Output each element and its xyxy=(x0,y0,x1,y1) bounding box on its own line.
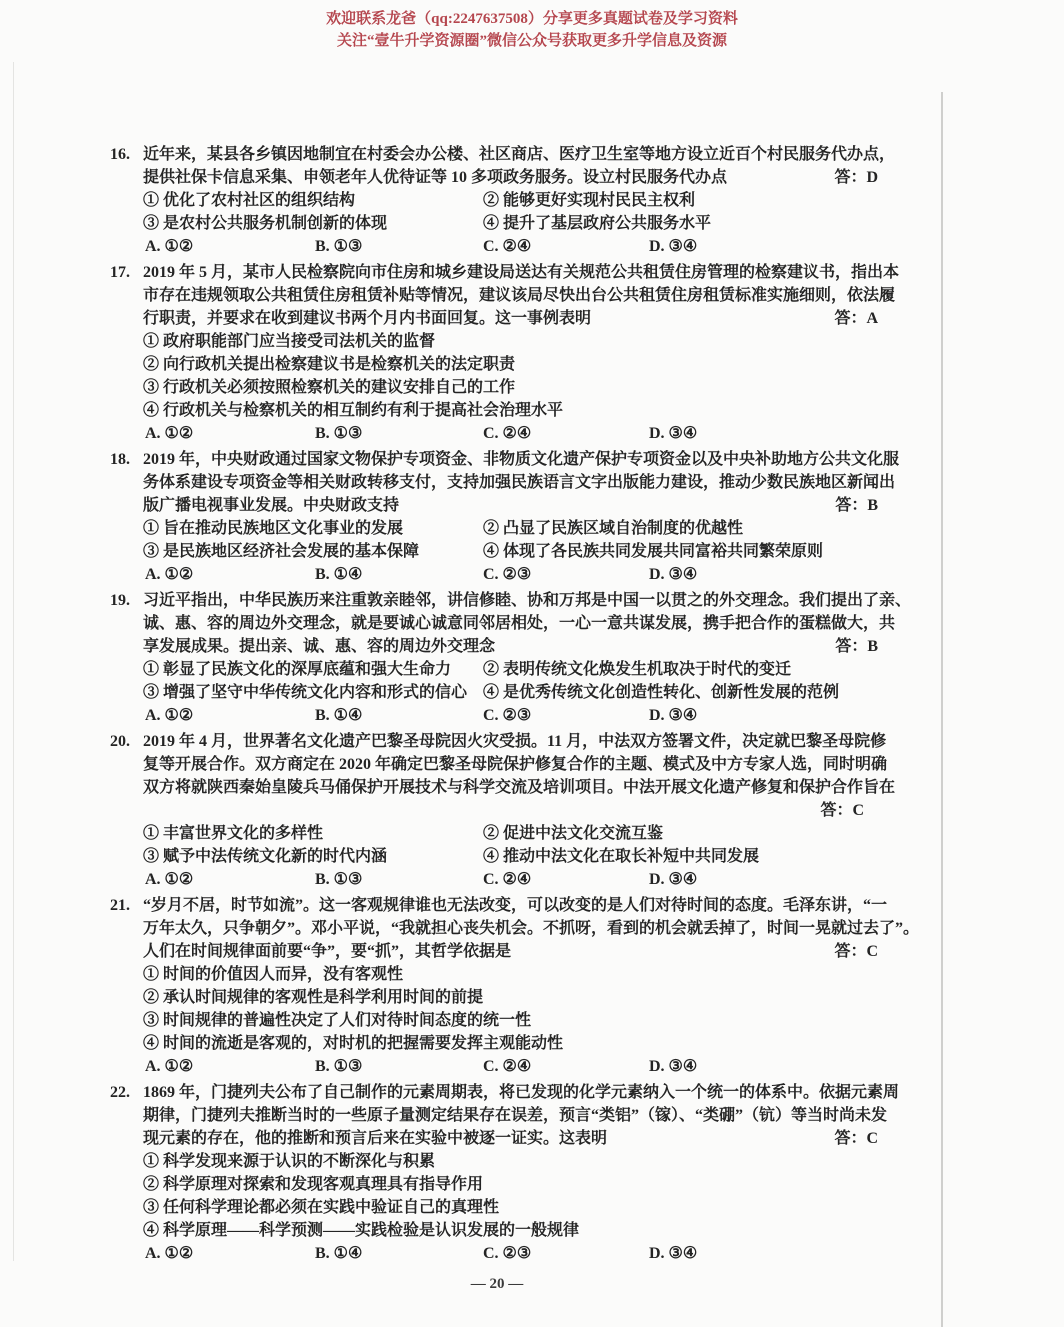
stem-line: 2019 年 5 月，某市人民检察院向市住房和城乡建设局送达有关规范公共租赁住房… xyxy=(143,261,892,284)
choice-row: A. ①②B. ①③C. ②④D. ③④ xyxy=(143,235,892,258)
option: ④ 科学原理——科学预测——实践检验是认识发展的一般规律 xyxy=(143,1219,892,1242)
stem-line: 提供社保卡信息采集、申领老年人优待证等 10 多项政务服务。设立村民服务代办点答… xyxy=(143,166,892,189)
question-number: 22. xyxy=(110,1081,130,1104)
page-right-edge-line xyxy=(941,92,943,1327)
question-number: 18. xyxy=(110,448,130,471)
option: ③ 行政机关必须按照检察机关的建议安排自己的工作 xyxy=(143,376,892,399)
stem-line: “岁月不居，时节如流”。这一客观规律谁也无法改变，可以改变的是人们对待时间的态度… xyxy=(143,894,892,917)
question-list: 16.近年来，某县各乡镇因地制宜在村委会办公楼、社区商店、医疗卫生室等地方设立近… xyxy=(110,143,900,1268)
choice: D. ③④ xyxy=(649,422,697,445)
stem-line: 2019 年，中央财政通过国家文物保护专项资金、非物质文化遗产保护专项资金以及中… xyxy=(143,448,892,471)
stem-line: 人们在时间规律面前要“争”，要“抓”，其哲学依据是答：C xyxy=(143,940,892,963)
question-body: 2019 年 4 月，世界著名文化遗产巴黎圣母院因火灾受损。11 月，中法双方签… xyxy=(143,730,892,891)
stem-line: 享发展成果。提出亲、诚、惠、容的周边外交理念答：B xyxy=(143,635,892,658)
option: ② 表明传统文化焕发生机取决于时代的变迁 xyxy=(483,658,791,681)
stem-text: 提供社保卡信息采集、申领老年人优待证等 10 多项政务服务。设立村民服务代办点 xyxy=(143,166,727,189)
choice: A. ①② xyxy=(145,235,315,258)
answer-label: 答：B xyxy=(835,635,878,658)
choice-row: A. ①②B. ①④C. ②③D. ③④ xyxy=(143,563,892,586)
question-body: “岁月不居，时节如流”。这一客观规律谁也无法改变，可以改变的是人们对待时间的态度… xyxy=(143,894,892,1078)
option: ③ 是农村公共服务机制创新的体现 xyxy=(143,212,483,235)
watermark-line2: 关注“壹牛升学资源圈”微信公众号获取更多升学信息及资源 xyxy=(0,30,1064,52)
answer-label: 答：B xyxy=(835,494,878,517)
question-body: 1869 年，门捷列夫公布了自己制作的元素周期表，将已发现的化学元素纳入一个统一… xyxy=(143,1081,892,1265)
question-number: 17. xyxy=(110,261,130,284)
question-body: 近年来，某县各乡镇因地制宜在村委会办公楼、社区商店、医疗卫生室等地方设立近百个村… xyxy=(143,143,892,258)
option-row: ③ 是民族地区经济社会发展的基本保障④ 体现了各民族共同发展共同富裕共同繁荣原则 xyxy=(143,540,892,563)
option-row: ③ 是农村公共服务机制创新的体现④ 提升了基层政府公共服务水平 xyxy=(143,212,892,235)
option: ④ 是优秀传统文化创造性转化、创新性发展的范例 xyxy=(483,681,839,704)
choice: B. ①④ xyxy=(315,563,483,586)
option: ④ 推动中法文化在取长补短中共同发展 xyxy=(483,845,759,868)
option: ④ 时间的流逝是客观的，对时机的把握需要发挥主观能动性 xyxy=(143,1032,892,1055)
choice-row: A. ①②B. ①④C. ②③D. ③④ xyxy=(143,1242,892,1265)
choice: D. ③④ xyxy=(649,704,697,727)
question-21: 21.“岁月不居，时节如流”。这一客观规律谁也无法改变，可以改变的是人们对待时间… xyxy=(110,894,892,1078)
choice: B. ①③ xyxy=(315,422,483,445)
option: ④ 体现了各民族共同发展共同富裕共同繁荣原则 xyxy=(483,540,823,563)
option: ② 促进中法文化交流互鉴 xyxy=(483,822,663,845)
stem-line: 诚、惠、容的周边外交理念，就是要诚心诚意同邻居相处，一心一意共谋发展，携手把合作… xyxy=(143,612,892,635)
option: ② 承认时间规律的客观性是科学利用时间的前提 xyxy=(143,986,892,1009)
answer-label: 答：D xyxy=(834,166,878,189)
question-19: 19.习近平指出，中华民族历来注重敦亲睦邻，讲信修睦、协和万邦是中国一以贯之的外… xyxy=(110,589,892,727)
choice: C. ②④ xyxy=(483,868,649,891)
option: ③ 任何科学理论都必须在实践中验证自己的真理性 xyxy=(143,1196,892,1219)
answer-label: 答：A xyxy=(834,307,878,330)
option-row: ③ 增强了坚守中华传统文化内容和形式的信心④ 是优秀传统文化创造性转化、创新性发… xyxy=(143,681,892,704)
option: ② 能够更好实现村民民主权利 xyxy=(483,189,695,212)
stem-text: 行职责，并要求在收到建议书两个月内书面回复。这一事例表明 xyxy=(143,307,591,330)
question-body: 习近平指出，中华民族历来注重敦亲睦邻，讲信修睦、协和万邦是中国一以贯之的外交理念… xyxy=(143,589,892,727)
choice: D. ③④ xyxy=(649,1242,697,1265)
question-number: 16. xyxy=(110,143,130,166)
stem-line: 现元素的存在，他的推断和预言后来在实验中被逐一证实。这表明答：C xyxy=(143,1127,892,1150)
choice: C. ②④ xyxy=(483,422,649,445)
option-row: ③ 赋予中法传统文化新的时代内涵④ 推动中法文化在取长补短中共同发展 xyxy=(143,845,892,868)
option-row: ① 丰富世界文化的多样性② 促进中法文化交流互鉴 xyxy=(143,822,892,845)
option: ② 凸显了民族区域自治制度的优越性 xyxy=(483,517,743,540)
option: ③ 增强了坚守中华传统文化内容和形式的信心 xyxy=(143,681,483,704)
choice: D. ③④ xyxy=(649,235,697,258)
choice: B. ①④ xyxy=(315,1242,483,1265)
answer-line: 答：C xyxy=(143,799,892,822)
stem-line: 期律，门捷列夫推断当时的一些原子量测定结果存在误差，预言“类铝”（镓）、“类硼”… xyxy=(143,1104,892,1127)
choice: A. ①② xyxy=(145,1055,315,1078)
stem-text: 享发展成果。提出亲、诚、惠、容的周边外交理念 xyxy=(143,635,495,658)
option: ③ 是民族地区经济社会发展的基本保障 xyxy=(143,540,483,563)
option: ③ 时间规律的普遍性决定了人们对待时间态度的统一性 xyxy=(143,1009,892,1032)
option: ③ 赋予中法传统文化新的时代内涵 xyxy=(143,845,483,868)
choice-row: A. ①②B. ①③C. ②④D. ③④ xyxy=(143,422,892,445)
choice: C. ②③ xyxy=(483,1242,649,1265)
choice-row: A. ①②B. ①③C. ②④D. ③④ xyxy=(143,1055,892,1078)
answer-label: 答：C xyxy=(834,1127,878,1150)
question-16: 16.近年来，某县各乡镇因地制宜在村委会办公楼、社区商店、医疗卫生室等地方设立近… xyxy=(110,143,892,258)
page-left-edge-line xyxy=(13,62,14,1261)
choice: C. ②④ xyxy=(483,235,649,258)
choice-row: A. ①②B. ①④C. ②③D. ③④ xyxy=(143,704,892,727)
choice: B. ①③ xyxy=(315,235,483,258)
answer-label: 答：C xyxy=(834,940,878,963)
answer-label: 答：C xyxy=(820,802,864,819)
option: ① 时间的价值因人而异，没有客观性 xyxy=(143,963,892,986)
watermark-header: 欢迎联系龙爸（qq:2247637508）分享更多真题试卷及学习资料 关注“壹牛… xyxy=(0,8,1064,52)
watermark-line1: 欢迎联系龙爸（qq:2247637508）分享更多真题试卷及学习资料 xyxy=(0,8,1064,30)
option: ① 科学发现来源于认识的不断深化与积累 xyxy=(143,1150,892,1173)
question-17: 17.2019 年 5 月，某市人民检察院向市住房和城乡建设局送达有关规范公共租… xyxy=(110,261,892,445)
stem-line: 务体系建设专项资金等相关财政转移支付，支持加强民族语言文字出版能力建设，推动少数… xyxy=(143,471,892,494)
option: ① 旨在推动民族地区文化事业的发展 xyxy=(143,517,483,540)
stem-text: 版广播电视事业发展。中央财政支持 xyxy=(143,494,399,517)
stem-line: 2019 年 4 月，世界著名文化遗产巴黎圣母院因火灾受损。11 月，中法双方签… xyxy=(143,730,892,753)
choice: D. ③④ xyxy=(649,868,697,891)
choice-row: A. ①②B. ①③C. ②④D. ③④ xyxy=(143,868,892,891)
question-number: 21. xyxy=(110,894,130,917)
option: ① 优化了农村社区的组织结构 xyxy=(143,189,483,212)
choice: B. ①③ xyxy=(315,1055,483,1078)
stem-line: 市存在违规领取公共租赁住房租赁补贴等情况，建议该局尽快出台公共租赁住房租赁标准实… xyxy=(143,284,892,307)
choice: A. ①② xyxy=(145,563,315,586)
choice: B. ①④ xyxy=(315,704,483,727)
choice: C. ②④ xyxy=(483,1055,649,1078)
option-row: ① 旨在推动民族地区文化事业的发展② 凸显了民族区域自治制度的优越性 xyxy=(143,517,892,540)
choice: A. ①② xyxy=(145,422,315,445)
stem-line: 行职责，并要求在收到建议书两个月内书面回复。这一事例表明答：A xyxy=(143,307,892,330)
stem-text: 人们在时间规律面前要“争”，要“抓”，其哲学依据是 xyxy=(143,940,511,963)
question-number: 20. xyxy=(110,730,130,753)
option: ④ 行政机关与检察机关的相互制约有利于提高社会治理水平 xyxy=(143,399,892,422)
question-body: 2019 年 5 月，某市人民检察院向市住房和城乡建设局送达有关规范公共租赁住房… xyxy=(143,261,892,445)
stem-line: 万年太久，只争朝夕”。邓小平说，“我就担心丧失机会。不抓呀，看到的机会就丢掉了，… xyxy=(143,917,892,940)
option: ① 丰富世界文化的多样性 xyxy=(143,822,483,845)
question-number: 19. xyxy=(110,589,130,612)
choice: A. ①② xyxy=(145,704,315,727)
choice: D. ③④ xyxy=(649,1055,697,1078)
option: ④ 提升了基层政府公共服务水平 xyxy=(483,212,711,235)
stem-line: 1869 年，门捷列夫公布了自己制作的元素周期表，将已发现的化学元素纳入一个统一… xyxy=(143,1081,892,1104)
option: ② 向行政机关提出检察建议书是检察机关的法定职责 xyxy=(143,353,892,376)
stem-text: 现元素的存在，他的推断和预言后来在实验中被逐一证实。这表明 xyxy=(143,1127,607,1150)
choice: C. ②③ xyxy=(483,563,649,586)
choice: A. ①② xyxy=(145,1242,315,1265)
stem-line: 复等开展合作。双方商定在 2020 年确定巴黎圣母院保护修复合作的主题、模式及中… xyxy=(143,753,892,776)
stem-line: 习近平指出，中华民族历来注重敦亲睦邻，讲信修睦、协和万邦是中国一以贯之的外交理念… xyxy=(143,589,892,612)
choice: A. ①② xyxy=(145,868,315,891)
stem-line: 版广播电视事业发展。中央财政支持答：B xyxy=(143,494,892,517)
question-20: 20.2019 年 4 月，世界著名文化遗产巴黎圣母院因火灾受损。11 月，中法… xyxy=(110,730,892,891)
stem-line: 双方将就陕西秦始皇陵兵马俑保护开展技术与科学交流及培训项目。中法开展文化遗产修复… xyxy=(143,776,892,799)
question-22: 22.1869 年，门捷列夫公布了自己制作的元素周期表，将已发现的化学元素纳入一… xyxy=(110,1081,892,1265)
option: ① 彰显了民族文化的深厚底蕴和强大生命力 xyxy=(143,658,483,681)
stem-line: 近年来，某县各乡镇因地制宜在村委会办公楼、社区商店、医疗卫生室等地方设立近百个村… xyxy=(143,143,892,166)
question-18: 18.2019 年，中央财政通过国家文物保护专项资金、非物质文化遗产保护专项资金… xyxy=(110,448,892,586)
choice: D. ③④ xyxy=(649,563,697,586)
option-row: ① 彰显了民族文化的深厚底蕴和强大生命力② 表明传统文化焕发生机取决于时代的变迁 xyxy=(143,658,892,681)
option: ① 政府职能部门应当接受司法机关的监督 xyxy=(143,330,892,353)
choice: C. ②③ xyxy=(483,704,649,727)
choice: B. ①③ xyxy=(315,868,483,891)
option-row: ① 优化了农村社区的组织结构② 能够更好实现村民民主权利 xyxy=(143,189,892,212)
question-body: 2019 年，中央财政通过国家文物保护专项资金、非物质文化遗产保护专项资金以及中… xyxy=(143,448,892,586)
option: ② 科学原理对探索和发现客观真理具有指导作用 xyxy=(143,1173,892,1196)
exam-page: 欢迎联系龙爸（qq:2247637508）分享更多真题试卷及学习资料 关注“壹牛… xyxy=(0,0,1064,1327)
page-number: — 20 — xyxy=(0,1276,994,1293)
